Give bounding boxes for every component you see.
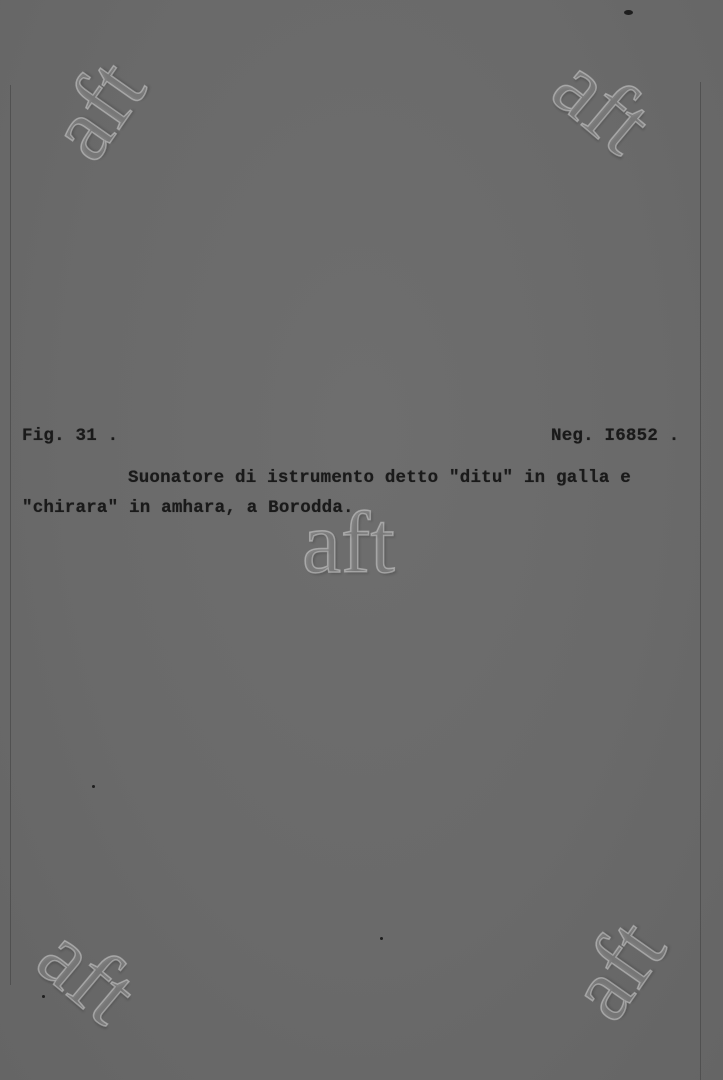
watermark-top-left: aft	[33, 45, 161, 174]
caption-line: Suonatore di istrumento detto "ditu" in …	[128, 468, 631, 488]
caption-line: "chirara" in amhara, a Borodda.	[22, 498, 354, 518]
dust-speck	[92, 785, 95, 788]
dust-speck	[380, 937, 383, 940]
card-left-edge-line	[10, 85, 11, 985]
archival-caption-card: aft aft aft aft aft Fig. 31 . Neg. I6852…	[0, 0, 723, 1080]
watermark-top-right: aft	[537, 40, 668, 170]
figure-number: Fig. 31 .	[22, 426, 118, 446]
negative-number: Neg. I6852 .	[551, 426, 679, 446]
watermark-bottom-right: aft	[553, 905, 681, 1034]
dust-speck	[624, 10, 633, 15]
card-right-edge-line	[700, 82, 701, 1080]
watermark-bottom-left: aft	[22, 910, 153, 1040]
